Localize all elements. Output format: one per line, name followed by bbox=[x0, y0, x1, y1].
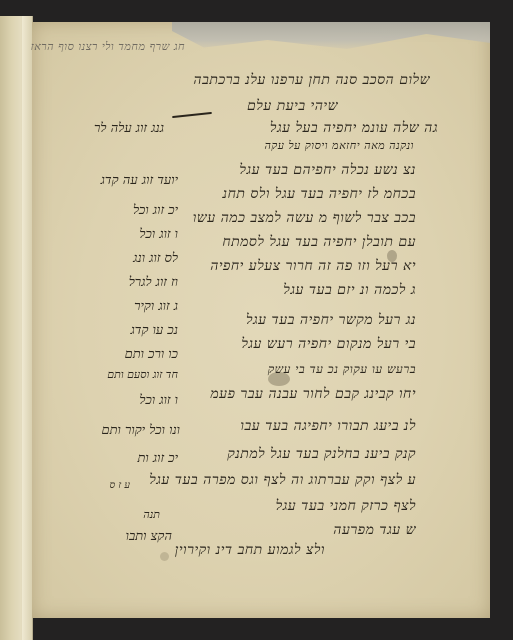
manuscript-page: חג שרף מחמד ולי רצנו סוף הראז שלום הסכב … bbox=[32, 22, 490, 618]
margin-note: ע ז ס bbox=[110, 480, 131, 491]
margin-note: חד זוג וסעם ותם bbox=[107, 368, 178, 381]
body-line: גה שלה עונמ יחפיה בעל עגל bbox=[270, 120, 438, 137]
margin-note: תנה bbox=[143, 508, 160, 521]
margin-note: לס זוג ונג bbox=[133, 250, 178, 266]
margin-note: כו ורכ ותם bbox=[125, 346, 178, 362]
body-line: בכחמ לז יחפיה בעד עגל ולס תחנ bbox=[223, 186, 416, 203]
body-line: בי רעל מנקום יחפיה רעש עגל bbox=[241, 336, 416, 353]
body-line: ג לכמה ונ יזם בעד עגל bbox=[283, 282, 416, 299]
body-line: נצ נשע נכלה יחפיהם בעד עגל bbox=[239, 162, 416, 179]
margin-note: יכ זוג ות bbox=[137, 450, 178, 466]
margin-note: ו זוג וכל bbox=[139, 226, 178, 242]
margin-note: הקצ ותבו bbox=[126, 528, 172, 544]
body-line: לצף כרזק חמני בעד עגל bbox=[276, 498, 416, 515]
body-line: יא רעל וזו פה זה חרור צעלע יחפיה bbox=[210, 258, 416, 275]
margin-note: יועד זוג עה קדג bbox=[101, 172, 178, 188]
header-note: חג שרף מחמד ולי רצנו סוף הראז bbox=[31, 40, 185, 53]
body-line: ונקנה מאה יחזאמ ויסוק על עקה bbox=[264, 139, 414, 152]
damaged-top-edge bbox=[172, 22, 490, 52]
body-line: ש עגד מפרעה bbox=[333, 522, 416, 539]
title-line-2: שיהי ביעת עלם bbox=[247, 98, 338, 115]
body-line: לנ ביעג תבורו יחפיגה בעד עבו bbox=[240, 418, 416, 435]
margin-note: וז זוג לגרל bbox=[129, 274, 178, 290]
margin-note: ג זוג וקיר bbox=[134, 298, 178, 314]
body-line: נג רעל מקשר יחפיה בעד עגל bbox=[246, 312, 416, 329]
margin-note: נכ עו קדג bbox=[131, 322, 179, 338]
title-line-1: שלום הסכב סנה תחן ערפנו עלנ ברכתבה bbox=[193, 72, 430, 89]
body-line: ע לצף וקק עברתוג וה לצף וגס מפרה בעד עגל bbox=[149, 472, 416, 489]
title-underline bbox=[172, 112, 212, 118]
body-line: יחו קבינג קבם לחור עבנה עבר פעמ bbox=[210, 386, 416, 403]
body-line: ולצ לגמוע תחב דינ וקירוין bbox=[175, 542, 325, 559]
body-line: עם תובלן יחפיה בעד עגל לסמתח bbox=[222, 234, 416, 251]
margin-note: יכ זוג וכל bbox=[133, 202, 178, 218]
body-line: קנק ביענ בחלנק בעד עגל למתנק bbox=[227, 446, 416, 463]
body-line: ברעש עו עקוק נכ עד בי עשק bbox=[268, 362, 416, 377]
margin-note: ונו וכל יקור ותם bbox=[102, 422, 180, 438]
ink-stain bbox=[160, 552, 169, 561]
body-line: בכב צבר לשוף מ עשה למצב כמה עשו bbox=[193, 210, 416, 227]
margin-note: גנג זוג עלה לר bbox=[94, 120, 164, 136]
margin-note: ו זוג וכל bbox=[139, 392, 178, 408]
